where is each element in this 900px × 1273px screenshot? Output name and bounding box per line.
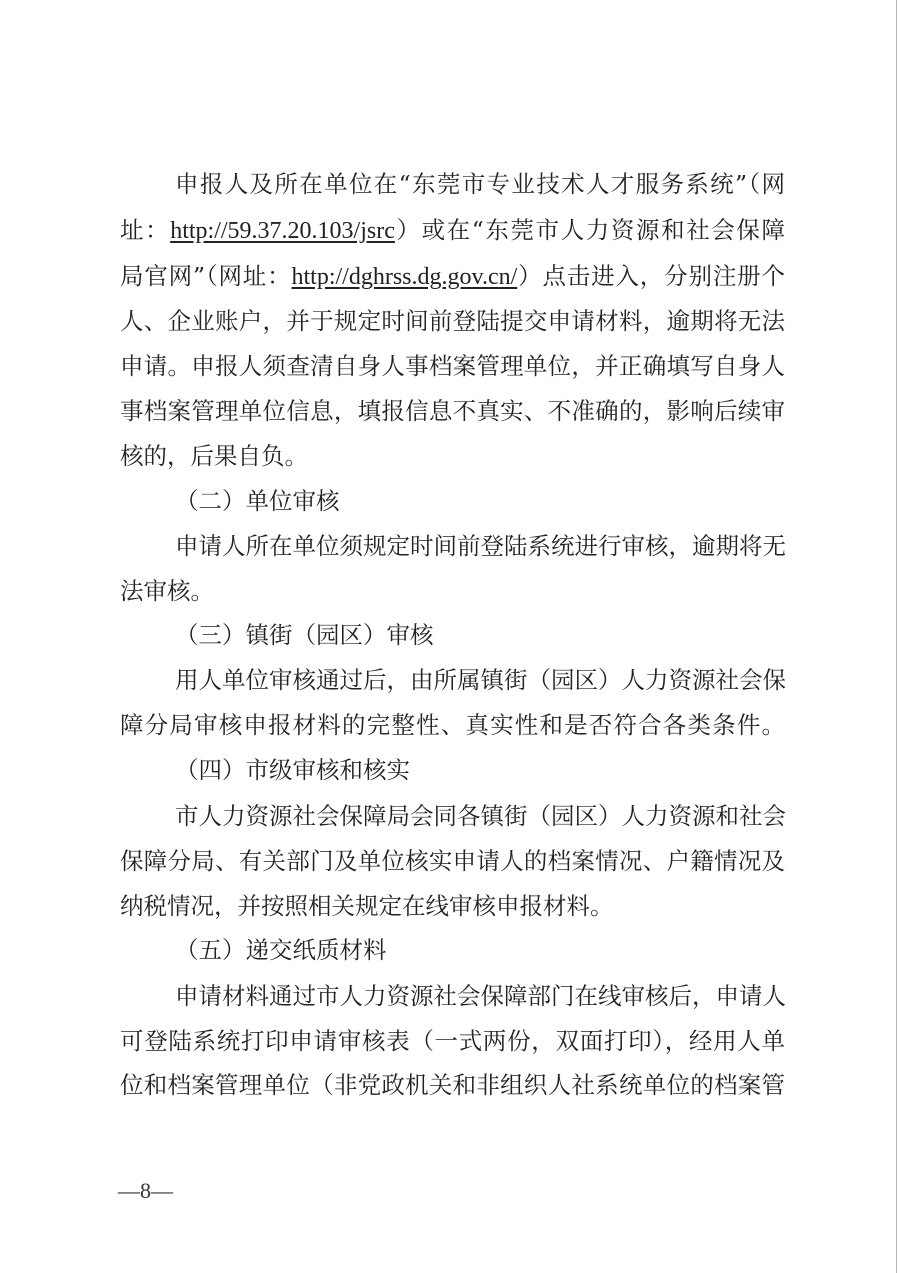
page-number: —8— — [118, 1178, 173, 1204]
text-segment: 址： — [120, 216, 170, 244]
paragraph-line: 人、企业账户，并于规定时间前登陆提交申请材料，逾期将无法 — [120, 305, 785, 337]
paragraph-line: 申请人所在单位须规定时间前登陆系统进行审核，逾期将无 — [175, 530, 785, 562]
paragraph-line: 核的，后果自负。 — [120, 440, 785, 472]
paragraph-line: 申请材料通过市人力资源社会保障部门在线审核后，申请人 — [175, 980, 785, 1012]
section-heading-paper-submission: （五）递交纸质材料 — [175, 934, 387, 966]
text-segment: 事档案管理单位信息，填报信息不真实、不准确的，影响后续审 — [120, 397, 785, 425]
scan-edge-line — [896, 0, 897, 1273]
paragraph-line: 事档案管理单位信息，填报信息不真实、不准确的，影响后续审 — [120, 395, 785, 427]
section-heading-unit-review: （二）单位审核 — [175, 485, 340, 517]
paragraph-line: 局官网”（网址：http://dghrss.dg.gov.cn/）点击进入，分别… — [120, 260, 785, 292]
paragraph-line: 市人力资源社会保障局会同各镇街（园区）人力资源和社会 — [175, 800, 785, 832]
paragraph-line: 位和档案管理单位（非党政机关和非组织人社系统单位的档案管 — [120, 1069, 785, 1101]
text-segment: 局官网”（网址： — [120, 262, 291, 290]
text-segment: 人、企业账户，并于规定时间前登陆提交申请材料，逾期将无法 — [120, 307, 785, 335]
section-heading-city-review: （四）市级审核和核实 — [175, 754, 410, 786]
paragraph-line: 用人单位审核通过后，由所属镇街（园区）人力资源社会保 — [175, 664, 785, 696]
document-page: 申报人及所在单位在“东莞市专业技术人才服务系统”（网 址：http://59.3… — [0, 0, 900, 1273]
paragraph-line: 法审核。 — [120, 575, 785, 607]
section-heading-town-review: （三）镇街（园区）审核 — [175, 619, 434, 651]
text-segment: ）点击进入，分别注册个 — [517, 262, 785, 290]
text-segment: 申请。申报人须查清自身人事档案管理单位，并正确填写自身人 — [120, 352, 785, 380]
text-segment: ）或在“东莞市人力资源和社会保障 — [395, 216, 785, 244]
paragraph-line: 保障分局、有关部门及单位核实申请人的档案情况、户籍情况及 — [120, 845, 785, 877]
link-jsrc-system[interactable]: http://59.37.20.103/jsrc — [170, 218, 395, 244]
paragraph-line: 申请。申报人须查清自身人事档案管理单位，并正确填写自身人 — [120, 350, 785, 382]
text-segment: 申报人及所在单位在“东莞市专业技术人才服务系统”（网 — [175, 170, 785, 198]
paragraph-line: 申报人及所在单位在“东莞市专业技术人才服务系统”（网 — [175, 168, 785, 200]
text-segment: 核的，后果自负。 — [120, 442, 308, 470]
paragraph-line: 址：http://59.37.20.103/jsrc）或在“东莞市人力资源和社会… — [120, 214, 785, 246]
link-dghrss-website[interactable]: http://dghrss.dg.gov.cn/ — [291, 264, 517, 290]
paragraph-line: 可登陆系统打印申请审核表（一式两份，双面打印），经用人单 — [120, 1025, 785, 1057]
paragraph-line: 障分局审核申报材料的完整性、真实性和是否符合各类条件。 — [120, 709, 785, 741]
paragraph-line: 纳税情况，并按照相关规定在线审核申报材料。 — [120, 890, 785, 922]
